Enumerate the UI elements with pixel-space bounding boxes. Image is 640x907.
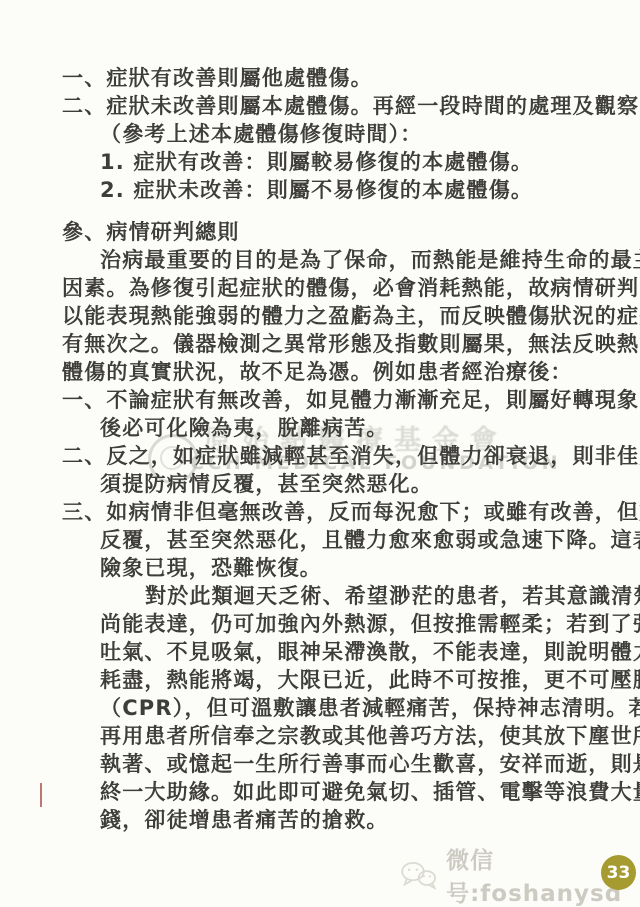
text-line: （CPR），但可溫敷讓患者減輕痛苦，保持神志清明。若能 [0,694,640,722]
page-number-badge: 33 [601,855,636,890]
text-line: 吐氣、不見吸氣，眼神呆滯渙散，不能表達，則說明體力 [0,638,640,666]
text-line: 險象已現，恐難恢復。 [0,554,640,582]
text-line: 一、不論症狀有無改善，如見體力漸漸充足，則屬好轉現象，最 [0,386,640,414]
text-line: 終一大助緣。如此即可避免氣切、插管、電擊等浪費大量金 [0,778,640,806]
wechat-icon [400,859,438,891]
text-line: 體傷的真實狀況，故不足為憑。例如患者經治療後： [0,358,640,386]
text-line: 反覆，甚至突然惡化，且體力愈來愈弱或急速下降。這表明 [0,526,640,554]
text-line: 再用患者所信奉之宗教或其他善巧方法，使其放下塵世所有 [0,722,640,750]
text-line: 錢，卻徒增患者痛苦的搶救。 [0,806,640,834]
text-line: 以能表現熱能強弱的體力之盈虧為主，而反映體傷狀況的症狀之 [0,302,640,330]
text-line: 1. 症狀有改善：則屬較易修復的本處體傷。 [0,148,640,176]
text-line: 二、症狀未改善則屬本處體傷。再經一段時間的處理及觀察 [0,92,640,120]
text-line: 尚能表達，仍可加強內外熱源，但按推需輕柔；若到了張口 [0,610,640,638]
scan-artifact-mark [40,783,42,807]
text-line: 治病最重要的目的是為了保命，而熱能是維持生命的最主要 [0,246,640,274]
text-line: 三、如病情非但毫無改善，反而每況愈下；或雖有改善，但旋即 [0,498,640,526]
text-line: 因素。為修復引起症狀的體傷，必會消耗熱能，故病情研判，應 [0,274,640,302]
text-line: 後必可化險為夷，脫離病苦。 [0,414,640,442]
text-line: 對於此類迴天乏術、希望渺茫的患者，若其意識清楚、 [0,582,640,610]
text-line: 耗盡，熱能將竭，大限已近，此時不可按推，更不可壓胸 [0,666,640,694]
text-line: 執著、或憶起一生所行善事而心生歡喜，安祥而逝，則是臨 [0,750,640,778]
scanned-page-text: 一、症狀有改善則屬他處體傷。 二、症狀未改善則屬本處體傷。再經一段時間的處理及觀… [0,64,640,834]
section-heading: 參、病情研判總則 [0,218,640,246]
text-line: 須提防病情反覆，甚至突然惡化。 [0,470,640,498]
text-line: （參考上述本處體傷修復時間）： [0,120,640,148]
text-line: 2. 症狀未改善：則屬不易修復的本處體傷。 [0,176,640,204]
text-line: 有無次之。儀器檢測之異常形態及指數則屬果，無法反映熱能及 [0,330,640,358]
text-line: 二、反之，如症狀雖減輕甚至消失，但體力卻衰退，則非佳兆， [0,442,640,470]
text-line: 一、症狀有改善則屬他處體傷。 [0,64,640,92]
